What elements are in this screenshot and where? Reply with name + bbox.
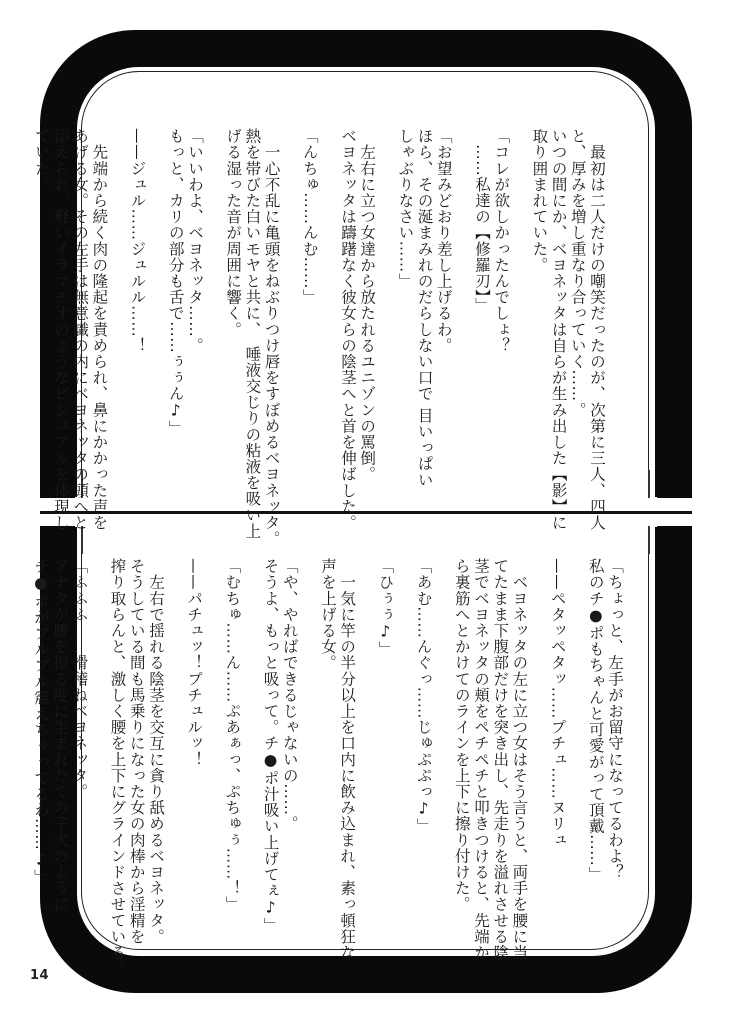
frame-stub-right-bottom (657, 526, 692, 554)
text-column: 「や、やればできるじゃないの……。 (280, 558, 299, 918)
page-number: 14 (30, 968, 49, 983)
text-column: 一心不乱に亀頭をねぶりつけ唇をすぼめるベヨネッタ。 (261, 128, 280, 488)
text-column: 「あむ……んぐっ……じゅぷぷっ♪」 (413, 558, 432, 918)
text-column: ら裏筋へとかけてのラインを上下に擦り付けた。 (452, 558, 471, 918)
text-column: 声を上げる女。 (318, 558, 337, 918)
paragraph-gap (108, 128, 127, 488)
paragraph-gap (319, 128, 338, 488)
paragraph-gap (376, 128, 395, 488)
paragraph-gap (281, 128, 300, 488)
text-column: げる湿った音が周囲に響く。 (223, 128, 242, 488)
paragraph-gap (203, 558, 222, 918)
text-column: そうよ、もっと吸って。チ●ポ汁吸い上げてぇ♪」 (260, 558, 279, 918)
text-column: いつの間にか、ベヨネッタは自らが生み出した【影】に (548, 128, 567, 488)
text-column: 「ひぅぅ♪」 (375, 558, 394, 918)
text-column: 茎でベヨネッタの頬をペチペチと叩きつけると、先端か (471, 558, 490, 918)
paragraph-gap (204, 128, 223, 488)
text-column: ほら、その涎まみれのだらしない口で 目いっぱい (414, 128, 433, 488)
text-column: ——パチュッ！プチュルッ！ (184, 558, 203, 918)
text-column: ベヨネッタの左に立つ女はそう言うと、両手を腰に当 (509, 558, 528, 918)
text-column: 熱を帯びた白いモヤと共に、 唾液交じりの粘液を吸い上 (242, 128, 261, 488)
paragraph-gap (453, 128, 472, 488)
frame-stub-right-top (657, 470, 692, 498)
text-column: もっと、カリの部分も舌で……ぅぅん♪」 (166, 128, 185, 488)
paragraph-gap (165, 558, 184, 918)
text-column: アナタが腰を振る度に生まれたての子犬のように (50, 558, 69, 918)
text-column: てたまま下腹部だけを突き出し、先走りを溢れさせる陰 (490, 558, 509, 918)
text-column: あげる女。その左手は無意識の内にベヨネッタの頭へと (70, 128, 89, 488)
text-column: ……私達の【修羅刃】」 (472, 128, 491, 488)
paragraph-gap (147, 128, 166, 488)
text-column: 最初は二人だけの嘲笑だったのが、次第に三人、四人 (587, 128, 606, 488)
text-column: そうしている間も馬乗りになった女の肉棒から淫精を (127, 558, 146, 918)
text-column: ——ペタッペタッ……プチュ……ヌリュ (547, 558, 566, 918)
paragraph-gap (510, 128, 529, 488)
text-column: 「お望みどおり差し上げるわ。 (434, 128, 453, 488)
text-column: ベヨネッタは躊躇なく彼女らの陰茎へと首を伸ばした。 (338, 128, 357, 488)
paragraph-gap (433, 558, 452, 918)
text-column: 左右に立つ女達から放たれるユニゾンの罵倒。 (357, 128, 376, 488)
paragraph-gap (299, 558, 318, 918)
text-column: 「コレが欲しかったんでしょ？ (491, 128, 510, 488)
text-column: ——ジュル……ジュルル……！ (127, 128, 146, 488)
text-column: 一気に竿の半分以上を口内に飲み込まれ、素っ頓狂な (337, 558, 356, 918)
text-column: しゃぶりなさい……」 (395, 128, 414, 488)
text-column: 先端から続く肉の隆起を責められ、鼻にかかった声を (89, 128, 108, 488)
text-column: 「ふふふ……滑稽ねベヨネッタ。 (69, 558, 88, 918)
text-column: 「んちゅ……んむ……」 (300, 128, 319, 488)
text-column: ていた。 (32, 128, 51, 488)
text-column: と、厚みを増し重なり合っていく……。 (568, 128, 587, 488)
frame-inner-line-right-top (648, 470, 650, 498)
paragraph-gap (356, 558, 375, 918)
text-column: 左右で揺れる陰茎を交互に貪り舐めるベヨネッタ。 (146, 558, 165, 918)
paragraph-gap (241, 558, 260, 918)
bottom-panel-text: 「ちょっと、左手がお留守になってるわよ？私のチ●ポもちゃんと可愛がって頂戴……」… (31, 558, 624, 918)
text-column: 取り囲まれていた。 (529, 128, 548, 488)
paragraph-gap (528, 558, 547, 918)
text-column: 添えられ、軽いイラマチオのようなビジュアルを体現し (51, 128, 70, 488)
text-column: 「ちょっと、左手がお留守になってるわよ？ (605, 558, 624, 918)
text-column: 「むちゅ……ん……ぷあぁっ、ぷちゅぅ……！」 (222, 558, 241, 918)
paragraph-gap (88, 558, 107, 918)
text-column: チ●ポがプルプル震えちゃってるわ……♪」 (31, 558, 50, 918)
text-column: 「いいわよ、ベヨネッタ……。 (185, 128, 204, 488)
text-column: 私のチ●ポもちゃんと可愛がって頂戴……」 (586, 558, 605, 918)
paragraph-gap (394, 558, 413, 918)
frame-inner-line-right-bottom (648, 526, 650, 554)
text-column: 搾り取らんと、激しく腰を上下にグラインドさせている。 (107, 558, 126, 918)
paragraph-gap (567, 558, 586, 918)
top-panel-text: 最初は二人だけの嘲笑だったのが、次第に三人、四人と、厚みを増し重なり合っていく…… (32, 128, 606, 488)
